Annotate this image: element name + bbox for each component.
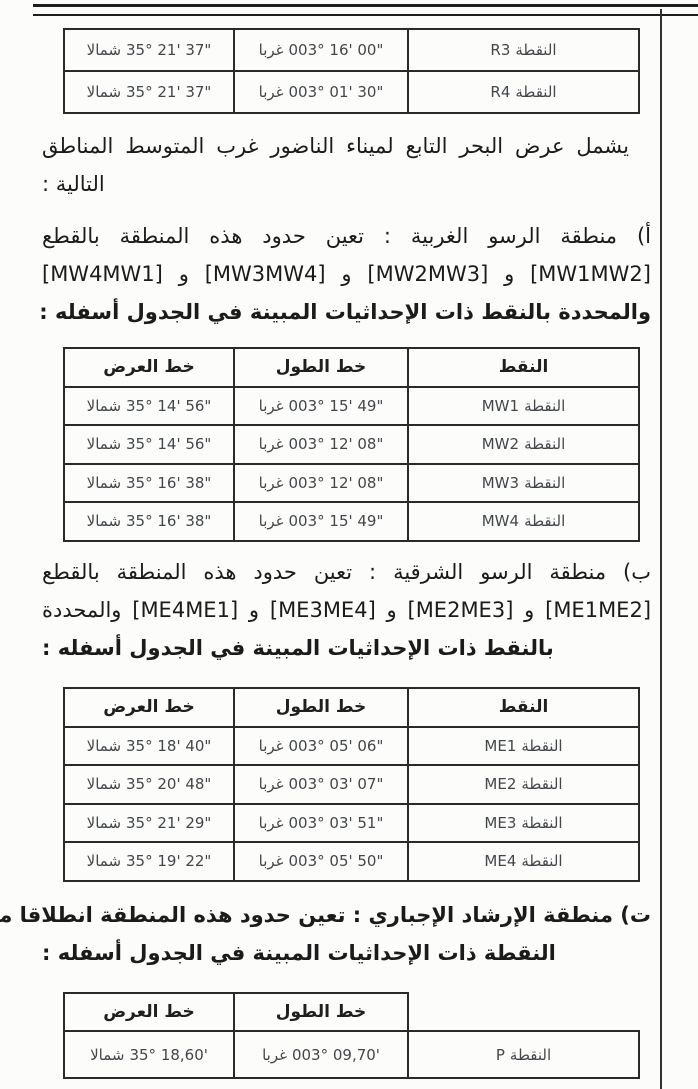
section-b-paragraph: ب) منطقة الرسو الشرقية : تعين حدود هذه ا… xyxy=(42,553,651,667)
me-points-table: النقط خط الطول خط العرض النقطةME1 003° 0… xyxy=(63,687,640,882)
longitude-value: 003° 03' 07" xyxy=(289,775,384,793)
west-word: غربا xyxy=(259,737,284,755)
latitude-cell: 35° 16' 38"شمالا xyxy=(64,464,234,503)
section-t-paragraph: ت) منطقة الإرشاد الإجباري : تعين حدود هذ… xyxy=(42,896,651,972)
table-row-me4: النقطةME4 003° 05' 50"غربا 35° 19' 22"شم… xyxy=(64,842,639,881)
point-id: ME4 xyxy=(484,852,516,870)
longitude-value: 003° 05' 50" xyxy=(289,852,384,870)
latitude-value: 35° 21' 37" xyxy=(126,83,211,101)
col-header-points: النقط xyxy=(408,688,639,727)
point-cell: النقطةP xyxy=(408,1031,639,1078)
longitude-value: 003° 15' 49" xyxy=(289,397,384,415)
latitude-value: 35° 18' 40" xyxy=(126,737,211,755)
latitude-value: 35° 16' 38" xyxy=(126,512,211,530)
section-b-line-3: بالنقط ذات الإحداثيات المبينة في الجدول … xyxy=(42,629,651,667)
table-row-mw3: النقطةMW3 003° 12' 08"غربا 35° 16' 38"شم… xyxy=(64,464,639,503)
col-header-longitude: خط الطول xyxy=(234,688,408,727)
longitude-value: 003° 12' 08" xyxy=(289,435,384,453)
point-cell: النقطةME4 xyxy=(408,842,639,881)
point-cell: النقطةMW4 xyxy=(408,502,639,541)
mw-points-table: النقط خط الطول خط العرض النقطةMW1 003° 1… xyxy=(63,347,640,542)
north-word: شمالا xyxy=(87,852,121,870)
latitude-cell: 35° 21' 29"شمالا xyxy=(64,804,234,843)
latitude-cell: 35° 14' 56"شمالا xyxy=(64,425,234,464)
table-row-p: النقطةP 003° 09,70'غربا 35° 18,60'شمالا xyxy=(64,1031,639,1078)
latitude-cell: 35° 20' 48"شمالا xyxy=(64,765,234,804)
point-id: P xyxy=(496,1046,505,1064)
section-a-paragraph: أ) منطقة الرسو الغربية : تعين حدود هذه ا… xyxy=(42,217,651,331)
section-b-line-2: ‎[ME1ME2]‎ و ‎[ME2ME3]‎ و ‎[ME3ME4]‎ و ‎… xyxy=(42,591,651,629)
latitude-cell: 35° 18,60'شمالا xyxy=(64,1031,234,1078)
point-label: النقطة xyxy=(510,1046,551,1064)
point-cell: النقطةME2 xyxy=(408,765,639,804)
longitude-value: 003° 05' 06" xyxy=(289,737,384,755)
empty-header-cell xyxy=(408,993,639,1031)
west-word: غربا xyxy=(259,41,284,59)
point-id: MW4 xyxy=(482,512,519,530)
table-row-mw4: النقطةMW4 003° 15' 49"غربا 35° 16' 38"شم… xyxy=(64,502,639,541)
point-cell: النقطةR3 xyxy=(408,29,639,71)
latitude-value: 35° 14' 56" xyxy=(126,435,211,453)
longitude-cell: 003° 05' 50"غربا xyxy=(234,842,408,881)
point-cell: النقطةMW2 xyxy=(408,425,639,464)
col-header-longitude: خط الطول xyxy=(234,348,408,387)
point-label: النقطة xyxy=(521,852,562,870)
section-a-line-2: ‎[MW1MW2]‎ و ‎[MW2MW3]‎ و ‎[MW3MW4]‎ و ‎… xyxy=(42,255,651,293)
intro-line-1: يشمل عرض البحر التابع لميناء الناضور غرب… xyxy=(42,127,651,165)
west-word: غربا xyxy=(259,852,284,870)
west-word: غربا xyxy=(259,435,284,453)
point-label: النقطة xyxy=(515,41,556,59)
longitude-cell: 003° 12' 08"غربا xyxy=(234,464,408,503)
longitude-value: 003° 03' 51" xyxy=(289,814,384,832)
north-word: شمالا xyxy=(90,1046,124,1064)
longitude-cell: 003° 16' 00"غربا xyxy=(234,29,408,71)
point-label: النقطة xyxy=(521,775,562,793)
me-header-row: النقط خط الطول خط العرض xyxy=(64,688,639,727)
longitude-value: 003° 09,70' xyxy=(292,1046,380,1064)
latitude-cell: 35° 14' 56"شمالا xyxy=(64,387,234,426)
point-cell: النقطةMW1 xyxy=(408,387,639,426)
col-header-latitude: خط العرض xyxy=(64,688,234,727)
longitude-cell: 003° 03' 51"غربا xyxy=(234,804,408,843)
north-word: شمالا xyxy=(87,83,121,101)
point-cell: النقطةR4 xyxy=(408,71,639,113)
longitude-cell: 003° 15' 49"غربا xyxy=(234,387,408,426)
west-word: غربا xyxy=(262,1046,287,1064)
col-header-points: النقط xyxy=(408,348,639,387)
point-id: ME3 xyxy=(484,814,516,832)
point-id: MW2 xyxy=(482,435,519,453)
longitude-value: 003° 15' 49" xyxy=(289,512,384,530)
north-word: شمالا xyxy=(87,775,121,793)
document-page: النقطةR3 003° 16' 00"غربا 35° 21' 37"شما… xyxy=(0,0,698,1089)
point-id: MW1 xyxy=(482,397,519,415)
point-cell: النقطةME3 xyxy=(408,804,639,843)
point-id: MW3 xyxy=(482,474,519,492)
intro-paragraph: يشمل عرض البحر التابع لميناء الناضور غرب… xyxy=(42,127,651,203)
latitude-value: 35° 16' 38" xyxy=(126,474,211,492)
point-cell: النقطةME1 xyxy=(408,727,639,766)
latitude-value: 35° 19' 22" xyxy=(126,852,211,870)
longitude-cell: 003° 15' 49"غربا xyxy=(234,502,408,541)
longitude-cell: 003° 05' 06"غربا xyxy=(234,727,408,766)
table-row-mw2: النقطةMW2 003° 12' 08"غربا 35° 14' 56"شم… xyxy=(64,425,639,464)
point-label: النقطة xyxy=(524,474,565,492)
longitude-cell: 003° 03' 07"غربا xyxy=(234,765,408,804)
west-word: غربا xyxy=(259,83,284,101)
section-t-line-1: ت) منطقة الإرشاد الإجباري : تعين حدود هذ… xyxy=(42,896,651,934)
west-word: غربا xyxy=(259,512,284,530)
west-word: غربا xyxy=(259,397,284,415)
point-label: النقطة xyxy=(521,737,562,755)
section-a-line-3: والمحددة بالنقط ذات الإحداثيات المبينة ف… xyxy=(42,293,651,331)
page-right-rule xyxy=(660,9,662,1089)
col-header-latitude: خط العرض xyxy=(64,348,234,387)
point-label: النقطة xyxy=(524,397,565,415)
longitude-value: 003° 01' 30" xyxy=(289,83,384,101)
latitude-cell: 35° 21' 37"شمالا xyxy=(64,29,234,71)
north-word: شمالا xyxy=(87,737,121,755)
longitude-cell: 003° 01' 30"غربا xyxy=(234,71,408,113)
north-word: شمالا xyxy=(87,814,121,832)
latitude-value: 35° 20' 48" xyxy=(126,775,211,793)
west-word: غربا xyxy=(259,775,284,793)
west-word: غربا xyxy=(259,474,284,492)
north-word: شمالا xyxy=(87,512,121,530)
section-b-line-1: ب) منطقة الرسو الشرقية : تعين حدود هذه ا… xyxy=(42,553,651,591)
point-label: النقطة xyxy=(521,814,562,832)
table-row-r4: النقطةR4 003° 01' 30"غربا 35° 21' 37"شما… xyxy=(64,71,639,113)
longitude-cell: 003° 09,70'غربا xyxy=(234,1031,408,1078)
longitude-cell: 003° 12' 08"غربا xyxy=(234,425,408,464)
point-cell: النقطةMW3 xyxy=(408,464,639,503)
north-word: شمالا xyxy=(87,435,121,453)
page-top-rule xyxy=(33,4,698,16)
table-row-r3: النقطةR3 003° 16' 00"غربا 35° 21' 37"شما… xyxy=(64,29,639,71)
point-id: R3 xyxy=(490,41,510,59)
north-word: شمالا xyxy=(87,397,121,415)
latitude-value: 35° 14' 56" xyxy=(126,397,211,415)
table-row-me1: النقطةME1 003° 05' 06"غربا 35° 18' 40"شم… xyxy=(64,727,639,766)
point-label: النقطة xyxy=(515,83,556,101)
latitude-cell: 35° 21' 37"شمالا xyxy=(64,71,234,113)
latitude-value: 35° 18,60' xyxy=(129,1046,207,1064)
r-points-table: النقطةR3 003° 16' 00"غربا 35° 21' 37"شما… xyxy=(63,28,640,114)
section-t-line-2: النقطة ذات الإحداثيات المبينة في الجدول … xyxy=(42,934,651,972)
north-word: شمالا xyxy=(87,41,121,59)
latitude-cell: 35° 19' 22"شمالا xyxy=(64,842,234,881)
table-row-me3: النقطةME3 003° 03' 51"غربا 35° 21' 29"شم… xyxy=(64,804,639,843)
point-id: ME1 xyxy=(484,737,516,755)
point-id: R4 xyxy=(490,83,510,101)
west-word: غربا xyxy=(259,814,284,832)
latitude-value: 35° 21' 37" xyxy=(126,41,211,59)
table-row-mw1: النقطةMW1 003° 15' 49"غربا 35° 14' 56"شم… xyxy=(64,387,639,426)
longitude-value: 003° 12' 08" xyxy=(289,474,384,492)
table-row-me2: النقطةME2 003° 03' 07"غربا 35° 20' 48"شم… xyxy=(64,765,639,804)
p-point-table: خط الطول خط العرض النقطةP 003° 09,70'غرب… xyxy=(63,992,640,1079)
intro-line-2: التالية : xyxy=(42,165,651,203)
latitude-cell: 35° 18' 40"شمالا xyxy=(64,727,234,766)
p-header-row: خط الطول خط العرض xyxy=(64,993,639,1031)
mw-header-row: النقط خط الطول خط العرض xyxy=(64,348,639,387)
point-id: ME2 xyxy=(484,775,516,793)
col-header-latitude: خط العرض xyxy=(64,993,234,1031)
col-header-longitude: خط الطول xyxy=(234,993,408,1031)
point-label: النقطة xyxy=(524,435,565,453)
section-a-line-1: أ) منطقة الرسو الغربية : تعين حدود هذه ا… xyxy=(42,217,651,255)
north-word: شمالا xyxy=(87,474,121,492)
point-label: النقطة xyxy=(524,512,565,530)
longitude-value: 003° 16' 00" xyxy=(289,41,384,59)
latitude-cell: 35° 16' 38"شمالا xyxy=(64,502,234,541)
latitude-value: 35° 21' 29" xyxy=(126,814,211,832)
